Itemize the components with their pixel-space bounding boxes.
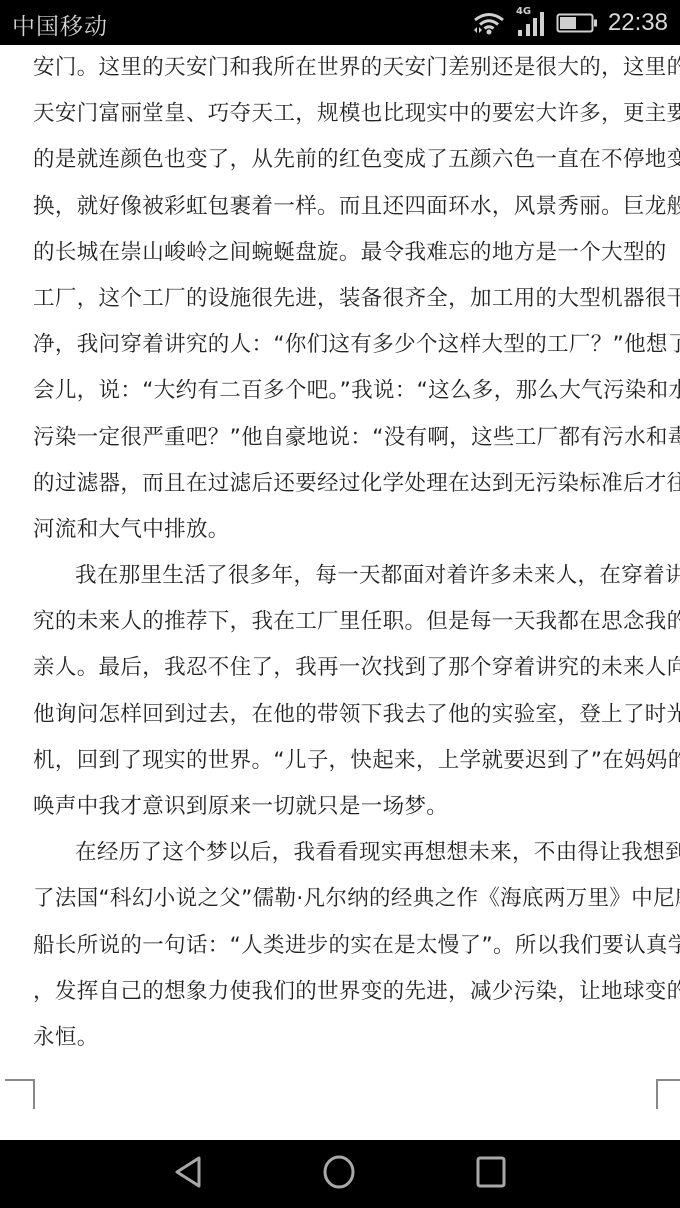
- signal-icon: 4G: [516, 8, 546, 38]
- navigation-bar: [0, 1140, 680, 1208]
- text-line: 亲人。最后，我忍不住了，我再一次找到了那个穿着讲究的未来人向: [33, 645, 658, 691]
- text-line: 的长城在崇山峻岭之间蜿蜒盘旋。最令我难忘的地方是一个大型的: [33, 230, 658, 276]
- back-button[interactable]: [167, 1154, 211, 1194]
- text-line: 天安门富丽堂皇、巧夺天工，规模也比现实中的要宏大许多，更主要: [33, 91, 658, 137]
- recents-button[interactable]: [469, 1154, 513, 1194]
- text-line: 污染一定很严重吧？”他自豪地说：“没有啊，这些工厂都有污水和毒气: [33, 415, 658, 461]
- text-line: 唤声中我才意识到原来一切就只是一场梦。: [33, 784, 658, 830]
- clock: 22:38: [608, 9, 668, 37]
- document-text: 安门。这里的天安门和我所在世界的天安门差别还是很大的，这里的天安门富丽堂皇、巧夺…: [33, 45, 658, 1061]
- crop-mark-left: [5, 1079, 35, 1109]
- text-line: 安门。这里的天安门和我所在世界的天安门差别还是很大的，这里的: [33, 45, 658, 91]
- status-bar: 中国移动 4G: [0, 0, 680, 45]
- text-line: 河流和大气中排放。: [33, 507, 658, 553]
- text-line: 了法国“科幻小说之父”儒勒·凡尔纳的经典之作《海底两万里》中尼摩: [33, 876, 658, 922]
- text-line: 永恒。: [33, 1015, 658, 1061]
- text-line: 我在那里生活了很多年，每一天都面对着许多未来人，在穿着讲: [33, 553, 658, 599]
- document-page[interactable]: 安门。这里的天安门和我所在世界的天安门差别还是很大的，这里的天安门富丽堂皇、巧夺…: [0, 45, 680, 1140]
- home-button[interactable]: [317, 1154, 361, 1194]
- recents-square-icon: [473, 1154, 509, 1194]
- battery-icon: [556, 12, 598, 34]
- text-line: 的是就连颜色也变了，从先前的红色变成了五颜六色一直在不停地变: [33, 137, 658, 183]
- status-icons: 4G 22:38: [472, 0, 668, 45]
- crop-mark-right: [656, 1079, 680, 1109]
- text-line: 机，回到了现实的世界。“儿子，快起来，上学就要迟到了”在妈妈的呼: [33, 738, 658, 784]
- text-line: ，发挥自己的想象力使我们的世界变的先进，减少污染，让地球变的: [33, 969, 658, 1015]
- text-line: 的过滤器，而且在过滤后还要经过化学处理在达到无污染标准后才往: [33, 461, 658, 507]
- text-line: 净，我问穿着讲究的人：“你们这有多少个这样大型的工厂？”他想了一: [33, 322, 658, 368]
- text-line: 在经历了这个梦以后，我看看现实再想想未来，不由得让我想到: [33, 830, 658, 876]
- text-line: 他询问怎样回到过去，在他的带领下我去了他的实验室，登上了时光: [33, 692, 658, 738]
- back-triangle-icon: [171, 1154, 207, 1194]
- text-line: 究的未来人的推荐下，我在工厂里任职。但是每一天我都在思念我的: [33, 599, 658, 645]
- carrier-name: 中国移动: [12, 8, 108, 41]
- text-line: 会儿，说：“大约有二百多个吧。”我说：“这么多，那么大气污染和水: [33, 368, 658, 414]
- home-circle-icon: [320, 1153, 358, 1195]
- text-line: 换，就好像被彩虹包裹着一样。而且还四面环水，风景秀丽。巨龙般: [33, 184, 658, 230]
- text-line: 船长所说的一句话：“人类进步的实在是太慢了”。所以我们要认真学习: [33, 923, 658, 969]
- network-type-label: 4G: [516, 6, 531, 17]
- text-line: 工厂，这个工厂的设施很先进，装备很齐全，加工用的大型机器很干: [33, 276, 658, 322]
- wifi-icon: [472, 11, 506, 35]
